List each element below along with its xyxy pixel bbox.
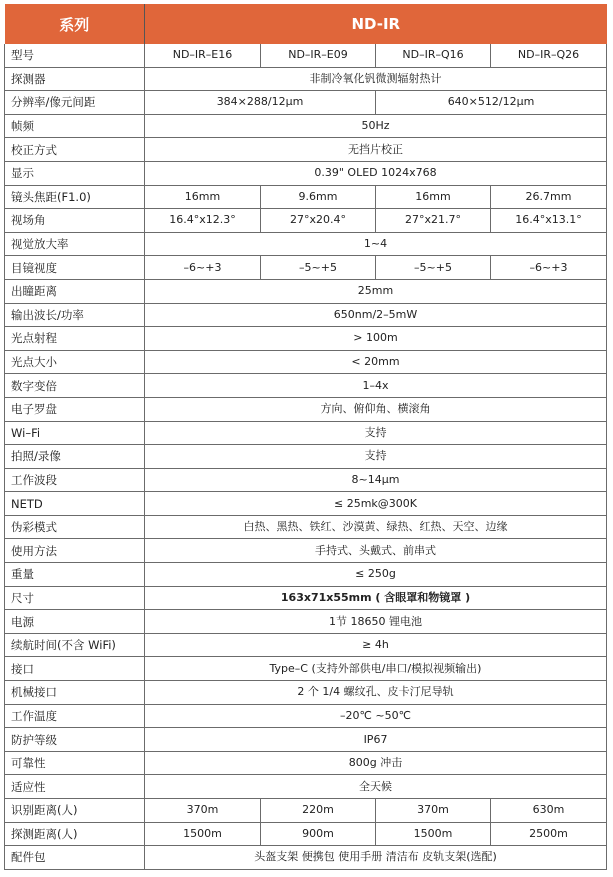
row-label: 出瞳距离	[5, 279, 145, 303]
row-label: 电源	[5, 610, 145, 634]
row-laser-output: 输出波长/功率 650nm/2–5mW	[5, 303, 607, 327]
cell-value: 1500m	[376, 822, 491, 846]
row-label: 工作温度	[5, 704, 145, 728]
row-interface: 接口 Type–C (支持外部供电/串口/模拟视频输出)	[5, 657, 607, 681]
row-label: 伪彩模式	[5, 515, 145, 539]
cell-value: 640×512/12μm	[376, 91, 607, 115]
row-label: 光点射程	[5, 327, 145, 351]
row-photo-video: 拍照/录像 支持	[5, 445, 607, 469]
cell-value: 9.6mm	[261, 185, 376, 209]
cell-value: 163x71x55mm ( 含眼罩和物镜罩 )	[145, 586, 607, 610]
cell-value: 800g 冲击	[145, 751, 607, 775]
row-label: 重量	[5, 563, 145, 587]
row-label: Wi–Fi	[5, 421, 145, 445]
row-label: 机械接口	[5, 681, 145, 705]
cell-value: 非制冷氧化钒微测辐射热计	[145, 67, 607, 91]
cell-value: 支持	[145, 445, 607, 469]
cell-value: 白热、黑热、铁红、沙漠黄、绿热、红热、天空、边缘	[145, 515, 607, 539]
row-reliability: 可靠性 800g 冲击	[5, 751, 607, 775]
row-label: 目镜视度	[5, 256, 145, 280]
cell-value: –5~+5	[376, 256, 491, 280]
cell-value: 630m	[491, 799, 607, 823]
cell-value: ≤ 250g	[145, 563, 607, 587]
row-label: 帧频	[5, 114, 145, 138]
row-laser-range: 光点射程 > 100m	[5, 327, 607, 351]
cell-value: 370m	[145, 799, 261, 823]
row-label: 光点大小	[5, 350, 145, 374]
cell-value: 1节 18650 锂电池	[145, 610, 607, 634]
cell-value: 26.7mm	[491, 185, 607, 209]
cell-value: ND–IR–Q16	[376, 44, 491, 67]
row-label: 配件包	[5, 846, 145, 870]
row-dimensions: 尺寸 163x71x55mm ( 含眼罩和物镜罩 )	[5, 586, 607, 610]
cell-value: 1–4x	[145, 374, 607, 398]
cell-value: 384×288/12μm	[145, 91, 376, 115]
row-label: 数字变倍	[5, 374, 145, 398]
row-label: NETD	[5, 492, 145, 516]
cell-value: 无挡片校正	[145, 138, 607, 162]
cell-value: ND–IR–E16	[145, 44, 261, 67]
row-label: 分辨率/像元间距	[5, 91, 145, 115]
row-frame-rate: 帧频 50Hz	[5, 114, 607, 138]
row-label: 电子罗盘	[5, 397, 145, 421]
row-label: 探测器	[5, 67, 145, 91]
row-label: 适应性	[5, 775, 145, 799]
row-diopter: 目镜视度 –6~+3 –5~+5 –5~+5 –6~+3	[5, 256, 607, 280]
row-label: 续航时间(不含 WiFi)	[5, 633, 145, 657]
cell-value: 2 个 1/4 螺纹孔、皮卡汀尼导轨	[145, 681, 607, 705]
row-protection: 防护等级 IP67	[5, 728, 607, 752]
series-label: 系列	[5, 4, 145, 44]
cell-value: ND–IR–Q26	[491, 44, 607, 67]
row-model: 型号 ND–IR–E16 ND–IR–E09 ND–IR–Q16 ND–IR–Q…	[5, 44, 607, 67]
row-palettes: 伪彩模式 白热、黑热、铁红、沙漠黄、绿热、红热、天空、边缘	[5, 515, 607, 539]
cell-value: 27°x20.4°	[261, 209, 376, 233]
cell-value: IP67	[145, 728, 607, 752]
row-temperature: 工作温度 –20℃ ~50℃	[5, 704, 607, 728]
cell-value: < 20mm	[145, 350, 607, 374]
cell-value: 1500m	[145, 822, 261, 846]
cell-value: 16mm	[145, 185, 261, 209]
row-accessories: 配件包 头盔支架 便携包 使用手册 清洁布 皮轨支架(选配)	[5, 846, 607, 870]
cell-value: 900m	[261, 822, 376, 846]
cell-value: 全天候	[145, 775, 607, 799]
row-netd: NETD ≤ 25mk@300K	[5, 492, 607, 516]
row-label: 防护等级	[5, 728, 145, 752]
row-calibration: 校正方式 无挡片校正	[5, 138, 607, 162]
row-magnification: 视觉放大率 1~4	[5, 232, 607, 256]
row-compass: 电子罗盘 方向、俯仰角、横滚角	[5, 397, 607, 421]
row-label: 探测距离(人)	[5, 822, 145, 846]
row-label: 镜头焦距(F1.0)	[5, 185, 145, 209]
row-weight: 重量 ≤ 250g	[5, 563, 607, 587]
cell-value: 220m	[261, 799, 376, 823]
cell-value: 27°x21.7°	[376, 209, 491, 233]
cell-value: Type–C (支持外部供电/串口/模拟视频输出)	[145, 657, 607, 681]
spec-table: 系列 ND-IR 型号 ND–IR–E16 ND–IR–E09 ND–IR–Q1…	[4, 4, 607, 870]
cell-value: 25mm	[145, 279, 607, 303]
row-wifi: Wi–Fi 支持	[5, 421, 607, 445]
cell-value: 8~14μm	[145, 468, 607, 492]
row-detector: 探测器 非制冷氧化钒微测辐射热计	[5, 67, 607, 91]
cell-value: 650nm/2–5mW	[145, 303, 607, 327]
cell-value: –20℃ ~50℃	[145, 704, 607, 728]
row-resolution: 分辨率/像元间距 384×288/12μm 640×512/12μm	[5, 91, 607, 115]
cell-value: 0.39" OLED 1024x768	[145, 161, 607, 185]
cell-value: > 100m	[145, 327, 607, 351]
cell-value: 支持	[145, 421, 607, 445]
row-label: 使用方法	[5, 539, 145, 563]
cell-value: ND–IR–E09	[261, 44, 376, 67]
cell-value: ≥ 4h	[145, 633, 607, 657]
row-label: 显示	[5, 161, 145, 185]
cell-value: 方向、俯仰角、横滚角	[145, 397, 607, 421]
row-display: 显示 0.39" OLED 1024x768	[5, 161, 607, 185]
row-label: 接口	[5, 657, 145, 681]
row-label: 工作波段	[5, 468, 145, 492]
cell-value: 50Hz	[145, 114, 607, 138]
row-digital-zoom: 数字变倍 1–4x	[5, 374, 607, 398]
cell-value: 16.4°x12.3°	[145, 209, 261, 233]
row-eye-relief: 出瞳距离 25mm	[5, 279, 607, 303]
row-label: 尺寸	[5, 586, 145, 610]
row-label: 可靠性	[5, 751, 145, 775]
cell-value: –5~+5	[261, 256, 376, 280]
cell-value: –6~+3	[491, 256, 607, 280]
row-fov: 视场角 16.4°x12.3° 27°x20.4° 27°x21.7° 16.4…	[5, 209, 607, 233]
row-usage: 使用方法 手持式、头戴式、前串式	[5, 539, 607, 563]
row-power: 电源 1节 18650 锂电池	[5, 610, 607, 634]
row-label: 输出波长/功率	[5, 303, 145, 327]
row-label: 型号	[5, 44, 145, 67]
cell-value: ≤ 25mk@300K	[145, 492, 607, 516]
row-label: 拍照/录像	[5, 445, 145, 469]
row-waveband: 工作波段 8~14μm	[5, 468, 607, 492]
row-recognition-range: 识别距离(人) 370m 220m 370m 630m	[5, 799, 607, 823]
row-label: 识别距离(人)	[5, 799, 145, 823]
cell-value: 头盔支架 便携包 使用手册 清洁布 皮轨支架(选配)	[145, 846, 607, 870]
row-detection-range: 探测距离(人) 1500m 900m 1500m 2500m	[5, 822, 607, 846]
row-spot-size: 光点大小 < 20mm	[5, 350, 607, 374]
row-label: 视场角	[5, 209, 145, 233]
cell-value: –6~+3	[145, 256, 261, 280]
series-value: ND-IR	[145, 4, 607, 44]
row-label: 校正方式	[5, 138, 145, 162]
row-mount: 机械接口 2 个 1/4 螺纹孔、皮卡汀尼导轨	[5, 681, 607, 705]
row-adaptability: 适应性 全天候	[5, 775, 607, 799]
cell-value: 16mm	[376, 185, 491, 209]
row-label: 视觉放大率	[5, 232, 145, 256]
cell-value: 2500m	[491, 822, 607, 846]
row-focal-length: 镜头焦距(F1.0) 16mm 9.6mm 16mm 26.7mm	[5, 185, 607, 209]
row-battery-life: 续航时间(不含 WiFi) ≥ 4h	[5, 633, 607, 657]
cell-value: 1~4	[145, 232, 607, 256]
cell-value: 手持式、头戴式、前串式	[145, 539, 607, 563]
cell-value: 370m	[376, 799, 491, 823]
cell-value: 16.4°x13.1°	[491, 209, 607, 233]
header-row: 系列 ND-IR	[5, 4, 607, 44]
